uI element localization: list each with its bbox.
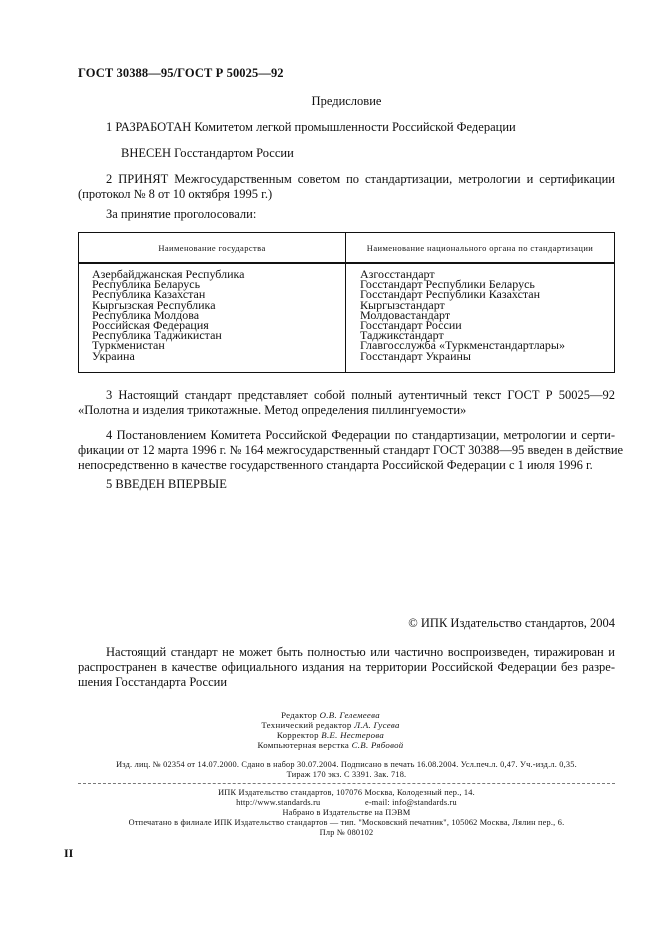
imprint-contacts: http://www.standards.ru e-mail: info@sta… bbox=[78, 798, 615, 808]
notice-line2: распространен в качестве официального из… bbox=[78, 660, 615, 675]
credit-name: О.В. Гелемеева bbox=[320, 710, 380, 720]
clause-1b-text: Госстандартом России bbox=[171, 146, 294, 160]
credit-role: Корректор bbox=[277, 730, 321, 740]
clause-2-label: 2 ПРИНЯТ bbox=[106, 172, 168, 186]
clause-5: 5 ВВЕДЕН ВПЕРВЫЕ bbox=[78, 477, 615, 492]
table-column-bodies: Азгосстандарт Госстандарт Республики Бел… bbox=[360, 269, 565, 361]
table-cell-state: Украина bbox=[92, 351, 244, 361]
reproduction-notice: Настоящий стандарт не может быть полност… bbox=[78, 645, 615, 690]
clause-1b-label: ВНЕСЕН bbox=[121, 146, 171, 160]
table-cell-body: Госстандарт Украины bbox=[360, 351, 565, 361]
imprint-line2: Тираж 170 экз. С 3391. Зак. 718. bbox=[78, 770, 615, 780]
clause-2-text-line2: (протокол № 8 от 10 октября 1995 г.) bbox=[78, 187, 615, 202]
section-title: Предисловие bbox=[0, 94, 661, 109]
notice-line1: Настоящий стандарт не может быть полност… bbox=[78, 645, 615, 660]
imprint-publisher: ИПК Издательство стандартов, 107076 Моск… bbox=[78, 788, 615, 798]
imprint-line1: Изд. лиц. № 02354 от 14.07.2000. Сдано в… bbox=[78, 760, 615, 770]
clause-4-line2: фикации от 12 марта 1996 г. № 164 межгос… bbox=[78, 443, 615, 458]
imprint-license: Плр № 080102 bbox=[78, 828, 615, 838]
credit-tech-editor: Технический редактор Л.А. Гусева bbox=[0, 720, 661, 730]
table-column-states: Азербайджанская Республика Республика Бе… bbox=[92, 269, 244, 361]
credit-role: Редактор bbox=[281, 710, 320, 720]
clause-4-line3: непосредственно в качестве государственн… bbox=[78, 458, 615, 473]
document-designation: ГОСТ 30388—95/ГОСТ Р 50025—92 bbox=[78, 66, 284, 81]
credit-name: Л.А. Гусева bbox=[354, 720, 400, 730]
credit-name: С.В. Рябовой bbox=[352, 740, 404, 750]
clause-1-text: Комитетом легкой промышленности Российск… bbox=[191, 120, 515, 134]
clause-3-line1: 3 Настоящий стандарт представляет собой … bbox=[78, 388, 615, 403]
editorial-credits: Редактор О.В. Гелемеева Технический реда… bbox=[0, 710, 661, 750]
clause-4-line1: 4 Постановлением Комитета Российской Фед… bbox=[78, 428, 615, 443]
credit-layout: Компьютерная верстка С.В. Рябовой bbox=[0, 740, 661, 750]
credit-proofreader: Корректор В.Е. Нестерова bbox=[0, 730, 661, 740]
credit-name: В.Е. Нестерова bbox=[321, 730, 384, 740]
page-number: II bbox=[64, 846, 73, 861]
clause-4: 4 Постановлением Комитета Российской Фед… bbox=[78, 428, 615, 473]
clause-1-submitted: ВНЕСЕН Госстандартом России bbox=[78, 146, 615, 161]
table-header-separator bbox=[79, 262, 614, 264]
clause-1: 1 РАЗРАБОТАН Комитетом легкой промышленн… bbox=[78, 120, 615, 135]
imprint-divider bbox=[78, 783, 615, 784]
vote-table: Наименование государства Наименование на… bbox=[78, 232, 615, 373]
credit-role: Технический редактор bbox=[261, 720, 354, 730]
clause-3-line2: «Полотна и изделия трикотажные. Метод оп… bbox=[78, 403, 615, 418]
clause-3: 3 Настоящий стандарт представляет собой … bbox=[78, 388, 615, 418]
imprint-printed: Отпечатано в филиале ИПК Издательство ст… bbox=[78, 818, 615, 828]
table-header-body: Наименование национального органа по ста… bbox=[346, 243, 614, 253]
copyright-notice: © ИПК Издательство стандартов, 2004 bbox=[408, 616, 615, 631]
website-link[interactable]: http://www.standards.ru bbox=[236, 798, 320, 807]
vote-intro: За принятие проголосовали: bbox=[78, 207, 615, 222]
clause-1-label: 1 РАЗРАБОТАН bbox=[106, 120, 191, 134]
clause-2-text-line1: Межгосударственным советом по стандартиз… bbox=[168, 172, 615, 186]
credit-editor: Редактор О.В. Гелемеева bbox=[0, 710, 661, 720]
email-link[interactable]: e-mail: info@standards.ru bbox=[365, 798, 457, 807]
table-header-state: Наименование государства bbox=[79, 243, 345, 253]
imprint-typeset: Набрано в Издательстве на ПЭВМ bbox=[78, 808, 615, 818]
clause-2: 2 ПРИНЯТ Межгосударственным советом по с… bbox=[78, 172, 615, 202]
table-column-divider bbox=[345, 233, 346, 372]
credit-role: Компьютерная верстка bbox=[258, 740, 352, 750]
notice-line3: шения Госстандарта России bbox=[78, 675, 615, 690]
